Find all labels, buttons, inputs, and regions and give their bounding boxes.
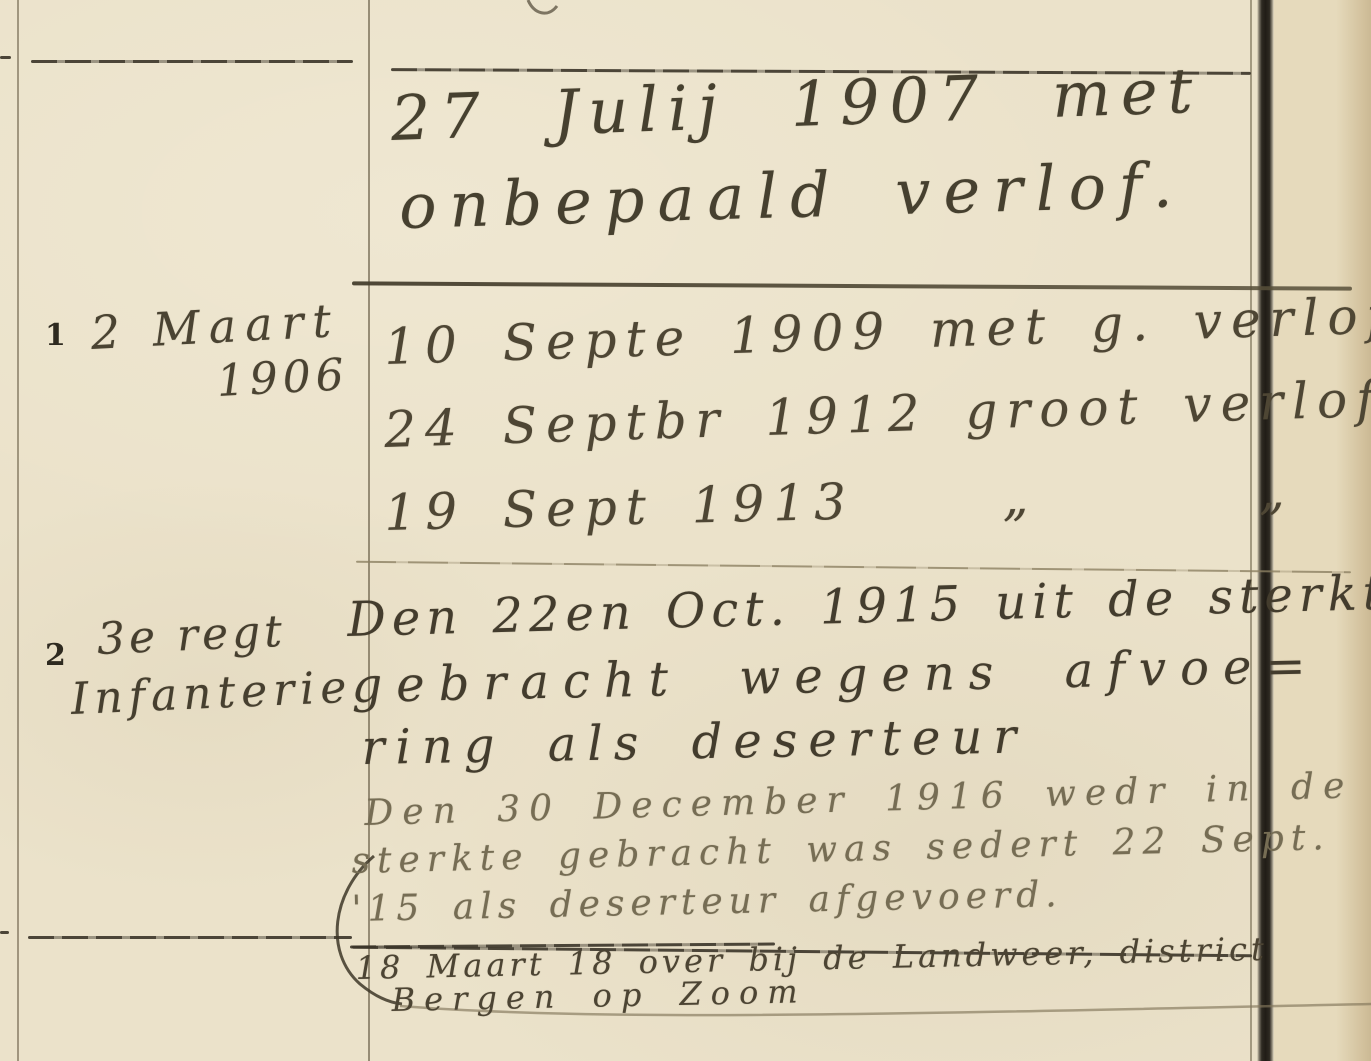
row-bottom-rule-edge: [0, 931, 9, 934]
service-note-line: 24 Septbr 1912 groot verlof: [383, 374, 1371, 455]
enlistment-date-line: 2 Maart: [90, 297, 341, 356]
entry-divider-rule: [352, 281, 1352, 290]
service-note-line: 10 Septe 1909 met g. verlof: [383, 290, 1371, 372]
landweer-transfer-note-line: Bergen op Zoom: [391, 975, 807, 1016]
row-bottom-rule-left-cell: [28, 936, 352, 939]
row-number: 1: [45, 318, 66, 353]
deserter-note-line: Den 22en Oct. 1915 uit de sterkte: [347, 568, 1371, 644]
row-number: 2: [45, 638, 66, 673]
page-edge-strip: [1274, 0, 1371, 1061]
unit-name-line: Infanterie: [70, 666, 353, 722]
previous-entry-note-line: 27 Julij 1907 met: [390, 60, 1204, 150]
previous-entry-note-line: onbepaald verlof.: [398, 154, 1186, 238]
inner-margin-rule: [1250, 0, 1252, 1061]
binding-rule: [1257, 0, 1274, 1061]
register-page-scan: 27 Julij 1907 met onbepaald verlof. 1 2 …: [0, 0, 1371, 1061]
row-top-rule-left-cell: [31, 60, 353, 63]
deserter-note-line: ring als deserteur: [361, 712, 1027, 772]
service-note-line: 19 Sept 1913 „ „: [384, 466, 1294, 538]
readmission-note-line: '15 als deserteur afgevoerd.: [351, 877, 1063, 928]
descender-mark: [528, 0, 557, 13]
row-top-rule-edge: [0, 56, 11, 59]
deserter-note-line: gebracht wegens afvoe=: [351, 642, 1320, 710]
enlistment-date-line: 1906: [216, 353, 350, 404]
left-column-rule: [17, 0, 19, 1061]
unit-name-line: 3e regt: [96, 610, 287, 662]
landweer-transfer-note-line: 18 Maart 18 over bij de Landweer, distri…: [355, 933, 1268, 984]
